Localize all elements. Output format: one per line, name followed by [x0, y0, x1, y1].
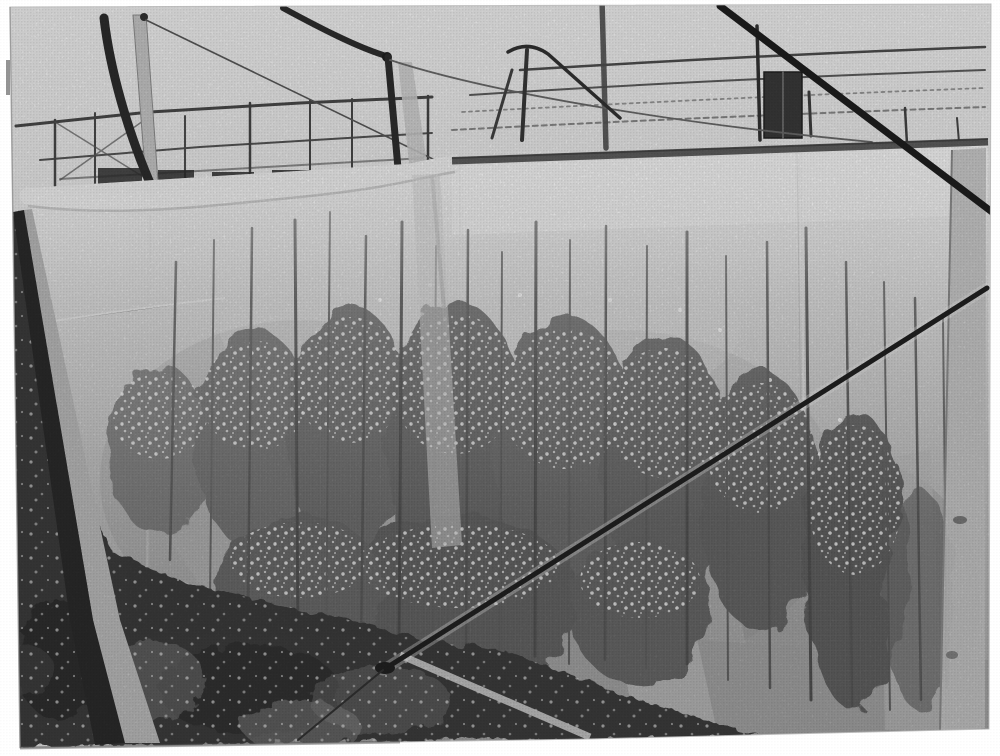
photo-canvas	[0, 0, 1000, 756]
page-noise	[0, 0, 1000, 756]
photo-figure	[0, 0, 1000, 756]
